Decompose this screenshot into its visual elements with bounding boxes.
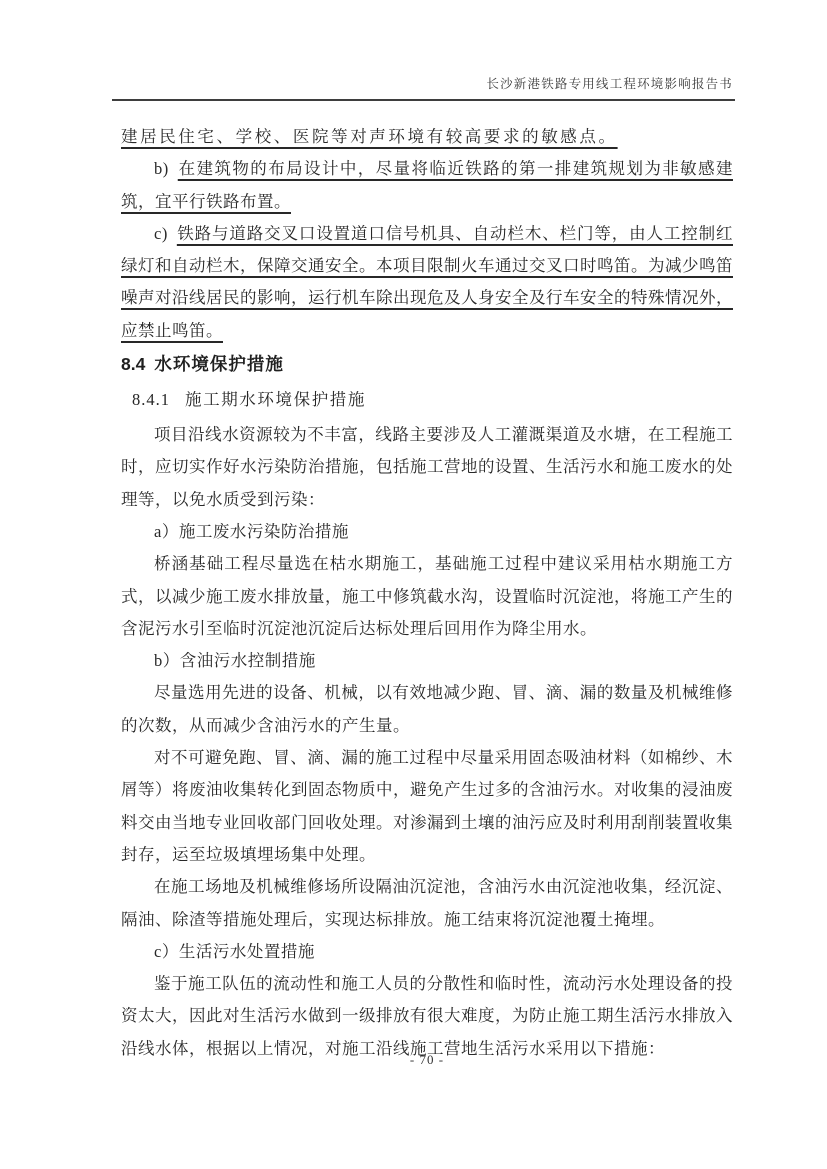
running-header-title: 长沙新港铁路专用线工程环境影响报告书 xyxy=(112,76,733,92)
construction-wastewater-paragraph: 桥涵基础工程尽量选在枯水期施工，基础施工过程中建议采用枯水期施工方式，以减少施工… xyxy=(121,548,733,645)
noise-continuation-paragraph: 建居民住宅、学校、医院等对声环境有较高要求的敏感点。 xyxy=(121,121,733,153)
page-number: - 70 - xyxy=(121,1051,733,1069)
subsection-heading-8-4-1-number: 8.4.1 xyxy=(132,390,170,409)
noise-continuation-text: 建居民住宅、学校、医院等对声环境有较高要求的敏感点。 xyxy=(121,127,618,146)
noise-item-b-marker: b) xyxy=(154,159,178,178)
noise-item-b-text: 在建筑物的布局设计中，尽量将临近铁路的第一排建筑规划为非敏感建筑，宜平行铁路布置… xyxy=(121,159,733,210)
oily-water-paragraph-2: 对不可避免跑、冒、滴、漏的施工过程中尽量采用固态吸油材料（如棉纱、木屑等）将废油… xyxy=(121,742,733,871)
subsection-heading-8-4-1: 8.4.1施工期水环境保护措施 xyxy=(132,382,733,417)
subsection-heading-8-4-1-title: 施工期水环境保护措施 xyxy=(185,390,366,409)
section-heading-8-4-number: 8.4 xyxy=(121,354,145,374)
noise-item-c-marker: c) xyxy=(154,224,177,243)
item-c-domestic-sewage-title: c）生活污水处置措施 xyxy=(121,936,733,968)
document-page: 长沙新港铁路专用线工程环境影响报告书 建居民住宅、学校、医院等对声环境有较高要求… xyxy=(0,0,827,1169)
document-body: 建居民住宅、学校、医院等对声环境有较高要求的敏感点。 b)在建筑物的布局设计中，… xyxy=(121,121,733,1065)
header-rule xyxy=(112,99,735,101)
oily-water-paragraph-1: 尽量选用先进的设备、机械，以有效地减少跑、冒、滴、漏的数量及机械维修的次数，从而… xyxy=(121,677,733,742)
oily-water-paragraph-3: 在施工场地及机械维修场所设隔油沉淀池，含油污水由沉淀池收集，经沉淀、隔油、除渣等… xyxy=(121,871,733,936)
noise-item-c-text: 铁路与道路交叉口设置道口信号机具、自动栏木、栏门等，由人工控制红绿灯和自动栏木，… xyxy=(121,224,733,340)
noise-item-c-paragraph: c)铁路与道路交叉口设置道口信号机具、自动栏木、栏门等，由人工控制红绿灯和自动栏… xyxy=(121,218,733,347)
section-heading-8-4: 8.4水环境保护措施 xyxy=(121,348,733,381)
noise-item-b-paragraph: b)在建筑物的布局设计中，尽量将临近铁路的第一排建筑规划为非敏感建筑，宜平行铁路… xyxy=(121,153,733,218)
item-a-construction-wastewater-title: a）施工废水污染防治措施 xyxy=(121,516,733,548)
item-b-oily-water-title: b）含油污水控制措施 xyxy=(121,645,733,677)
section-heading-8-4-title: 水环境保护措施 xyxy=(154,354,284,374)
water-intro-paragraph: 项目沿线水资源较为不丰富，线路主要涉及人工灌溉渠道及水塘，在工程施工时，应切实作… xyxy=(121,419,733,516)
